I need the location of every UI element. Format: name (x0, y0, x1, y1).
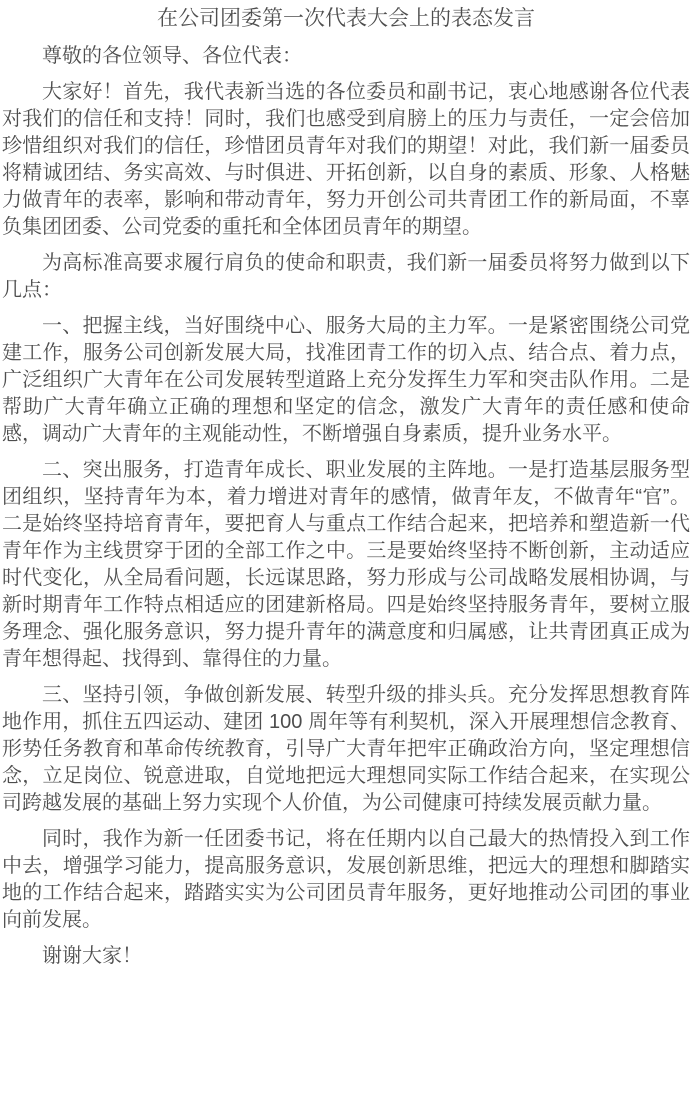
paragraph-personal-commitment: 同时，我作为新一任团委书记，将在任期内以自己最大的热情投入到工作中去，增强学习能… (2, 826, 690, 934)
speech-document: 在公司团委第一次代表大会上的表态发言 尊敬的各位领导、各位代表： 大家好！首先，… (0, 0, 693, 970)
paragraph-point-two: 二、突出服务，打造青年成长、职业发展的主阵地。一是打造基层服务型团组织，坚持青年… (2, 457, 690, 673)
paragraph-point-three: 三、坚持引领，争做创新发展、转型升级的排头兵。充分发挥思想教育阵地作用，抓住五四… (2, 682, 690, 817)
paragraph-point-one: 一、把握主线，当好围绕中心、服务大局的主力军。一是紧密围绕公司党建工作，服务公司… (2, 313, 690, 448)
document-title: 在公司团委第一次代表大会上的表态发言 (2, 4, 690, 34)
paragraph-pledge-intro: 为高标准高要求履行肩负的使命和职责，我们新一届委员将努力做到以下几点： (2, 250, 690, 304)
paragraph-opening: 大家好！首先，我代表新当选的各位委员和副书记，衷心地感谢各位代表对我们的信任和支… (2, 79, 690, 241)
paragraph-closing: 谢谢大家！ (2, 943, 690, 970)
paragraph-salutation: 尊敬的各位领导、各位代表： (2, 43, 690, 70)
